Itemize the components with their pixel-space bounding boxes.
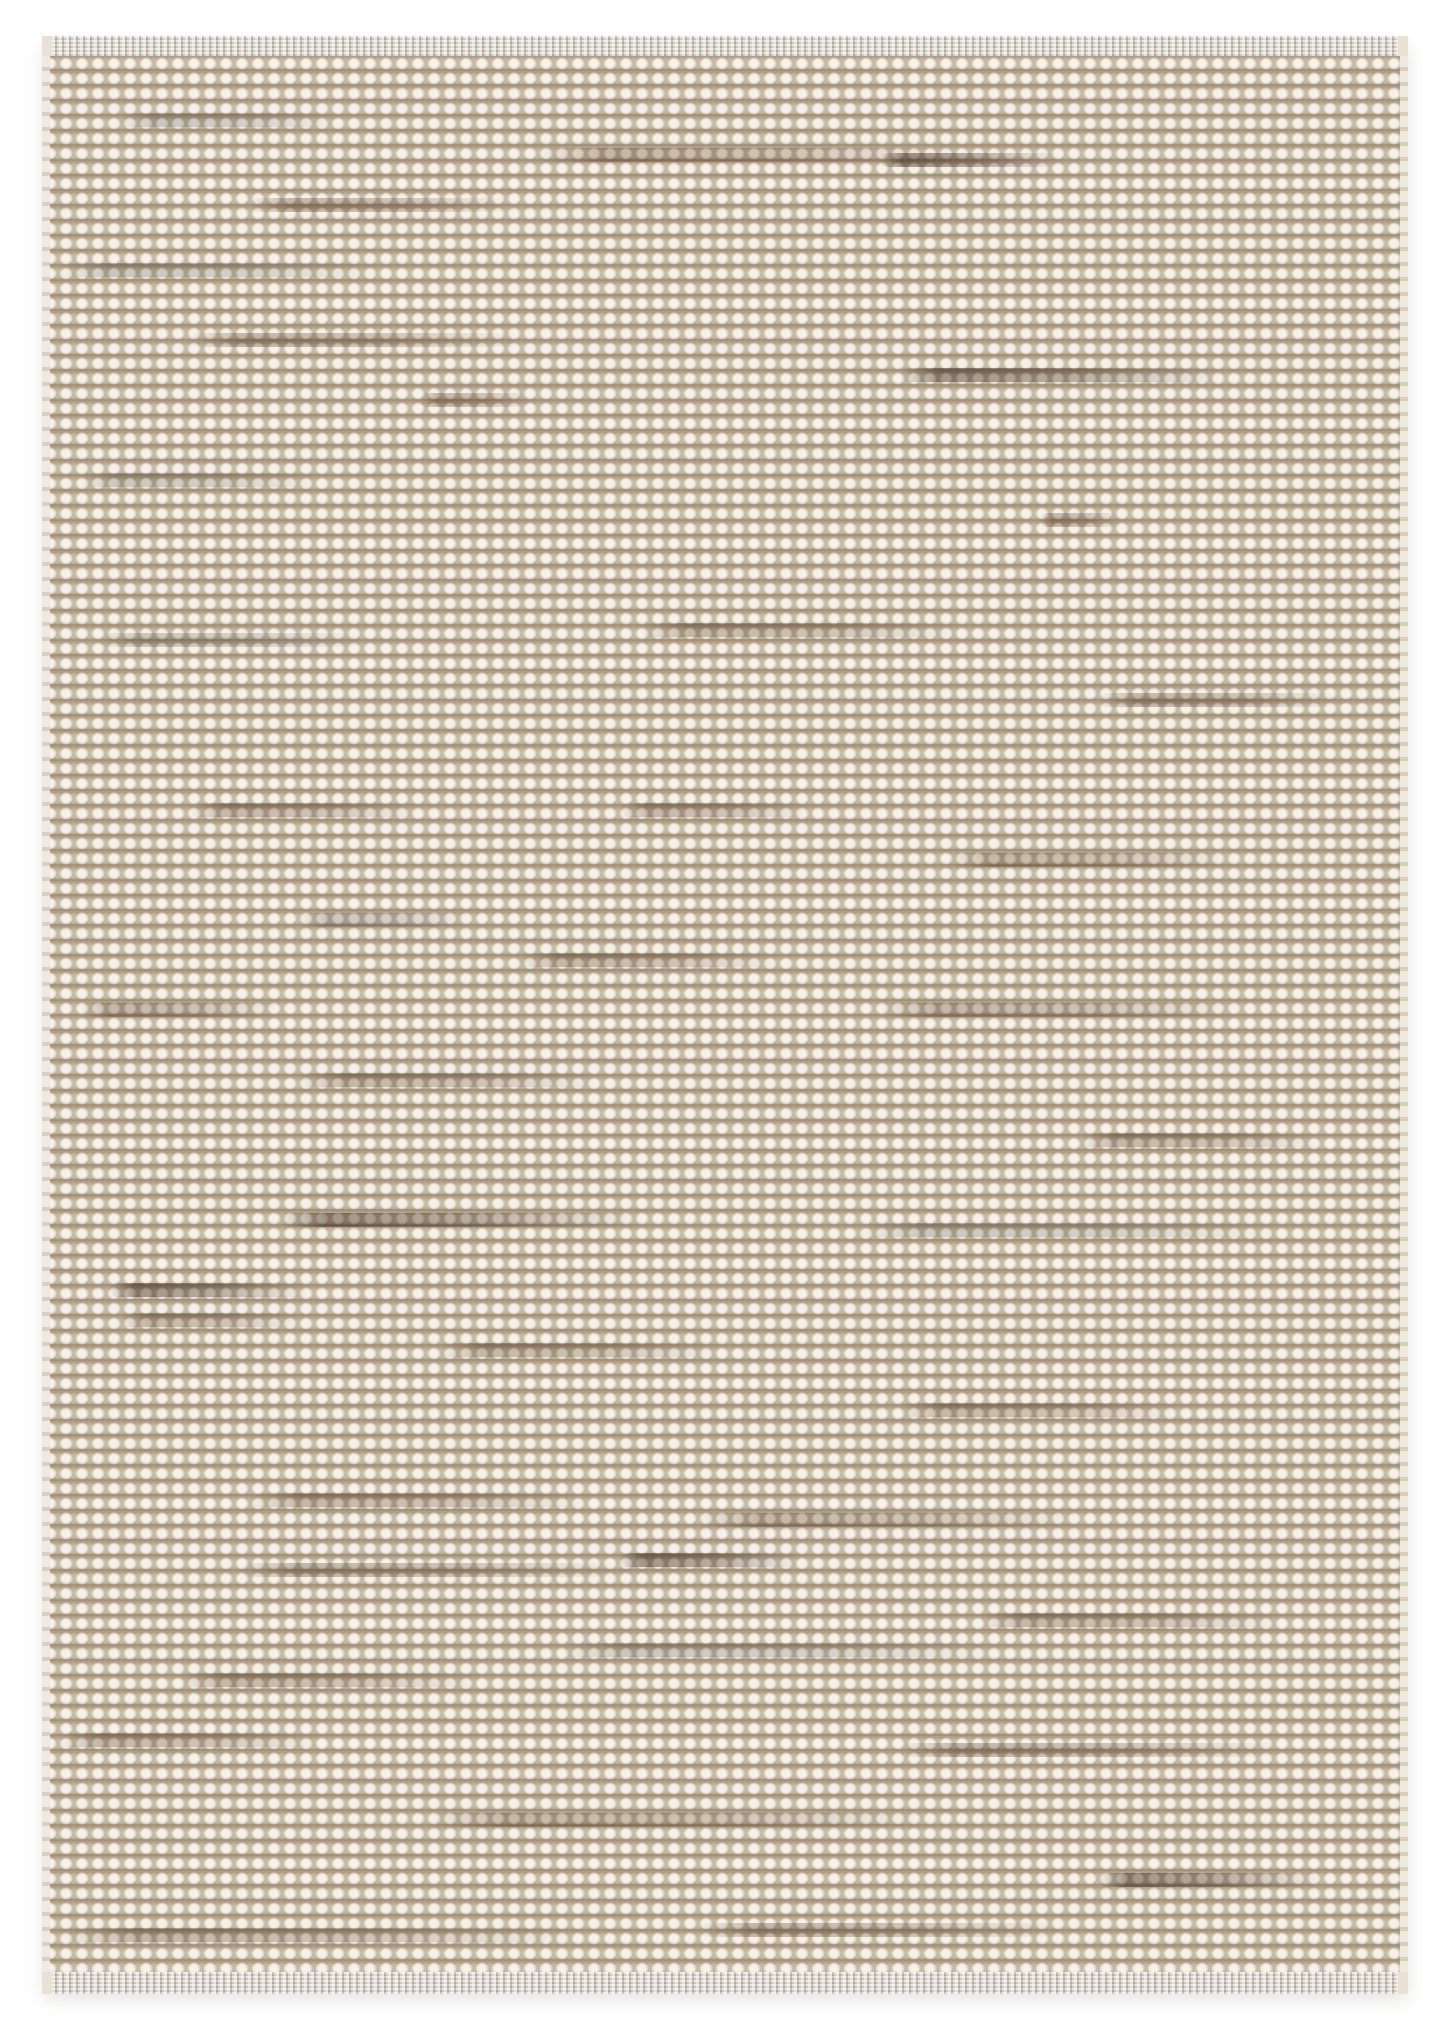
rug-streak	[880, 1003, 1240, 1017]
rug-streak	[1040, 513, 1120, 527]
rug-streak	[980, 1613, 1280, 1627]
rug-streak	[300, 913, 470, 927]
rug-streak	[120, 113, 340, 127]
rug-streak	[280, 1213, 640, 1227]
rug-streak	[1080, 1133, 1320, 1147]
rug-streak	[100, 633, 360, 647]
rug-streak	[900, 1743, 1280, 1757]
rug-streak	[900, 1403, 1180, 1417]
rug-streak	[620, 803, 810, 817]
rug-streak	[640, 623, 960, 637]
rug-streak	[110, 1283, 310, 1297]
rug-streak	[1100, 1873, 1320, 1887]
rug-streak	[60, 263, 380, 277]
rug-streak	[60, 1733, 320, 1747]
rug-streak	[250, 1493, 590, 1507]
rug-streak	[440, 1343, 720, 1357]
rug-streak	[950, 853, 1230, 867]
rug-top-border	[52, 36, 1398, 58]
rug-streak	[700, 1923, 1060, 1937]
rug-streak	[180, 1673, 480, 1687]
woven-rug	[42, 36, 1408, 1994]
rug-streak	[190, 803, 420, 817]
rug-streak	[300, 1073, 600, 1087]
rug-streak	[60, 1928, 580, 1942]
rug-streak	[520, 953, 780, 967]
rug-streak	[1100, 693, 1340, 707]
rug-streak	[120, 1313, 300, 1327]
rug-left-selvedge	[42, 56, 50, 1972]
rug-streak	[700, 1513, 1080, 1527]
rug-streak	[860, 1223, 1280, 1237]
rug-streak	[240, 1563, 620, 1577]
product-photo	[0, 0, 1445, 2040]
rug-streak	[420, 393, 530, 407]
rug-streak	[250, 198, 510, 212]
rug-streak	[900, 368, 1220, 382]
rug-right-selvedge	[1400, 56, 1408, 1972]
rug-streak	[620, 1553, 800, 1567]
rug-streak	[560, 1643, 1000, 1657]
rug-streak	[80, 1003, 280, 1017]
rug-bottom-border	[52, 1972, 1398, 1994]
rug-streak	[880, 153, 1060, 167]
rug-streak	[430, 1813, 930, 1827]
rug-streak	[190, 333, 520, 347]
rug-streak	[80, 473, 320, 487]
